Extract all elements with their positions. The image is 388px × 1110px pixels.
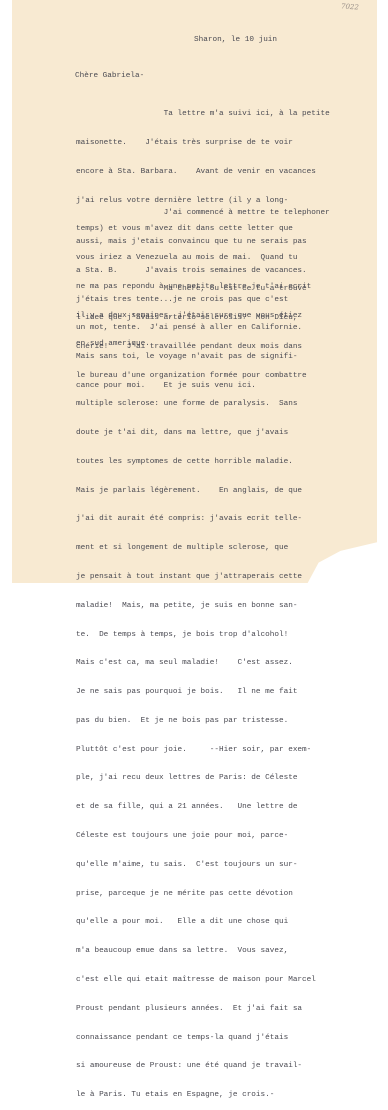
letter-salutation: Chère Gabriela- (75, 72, 144, 82)
text-line: toutes les symptomes de cette horrible m… (76, 458, 316, 468)
text-line: Ta lettre m'a suivi ici, à la petite (76, 110, 330, 120)
text-line: maisonette. J'étais très surprise de te … (76, 139, 330, 149)
text-line: Ma chère, ou est-ce tu a trouvé (76, 285, 316, 295)
text-line: J'ai commencé à mettre te telephoner (76, 209, 330, 219)
text-line: chérie! J'ai travaillée pendant deux moi… (76, 343, 316, 353)
text-line: aussi, mais j'etais convaincu que tu ne … (76, 238, 330, 248)
text-line: doute je t'ai dit, dans ma lettre, que j… (76, 429, 316, 439)
letter-dateline: Sharon, le 10 juin (194, 36, 277, 46)
text-line: je pensait à tout instant que j'attraper… (76, 573, 316, 583)
archive-number: 7022 (341, 2, 359, 11)
text-line: multiple sclerose: une forme de paralysi… (76, 400, 316, 410)
text-line: le bureau d'une organization formée pour… (76, 372, 316, 382)
text-line: Mais je parlais légèrement. En anglais, … (76, 487, 316, 497)
text-line: j'ai dit aurait été compris: j'avais ecr… (76, 515, 316, 525)
text-line: ment et si longement de multiple scleros… (76, 544, 316, 554)
text-line: l'idee que j'avais arterio-sclerosis? Mo… (76, 314, 316, 324)
text-line: encore à Sta. Barbara. Avant de venir en… (76, 168, 330, 178)
paragraph-3: Ma chère, ou est-ce tu a trouvé l'idee q… (76, 266, 316, 600)
